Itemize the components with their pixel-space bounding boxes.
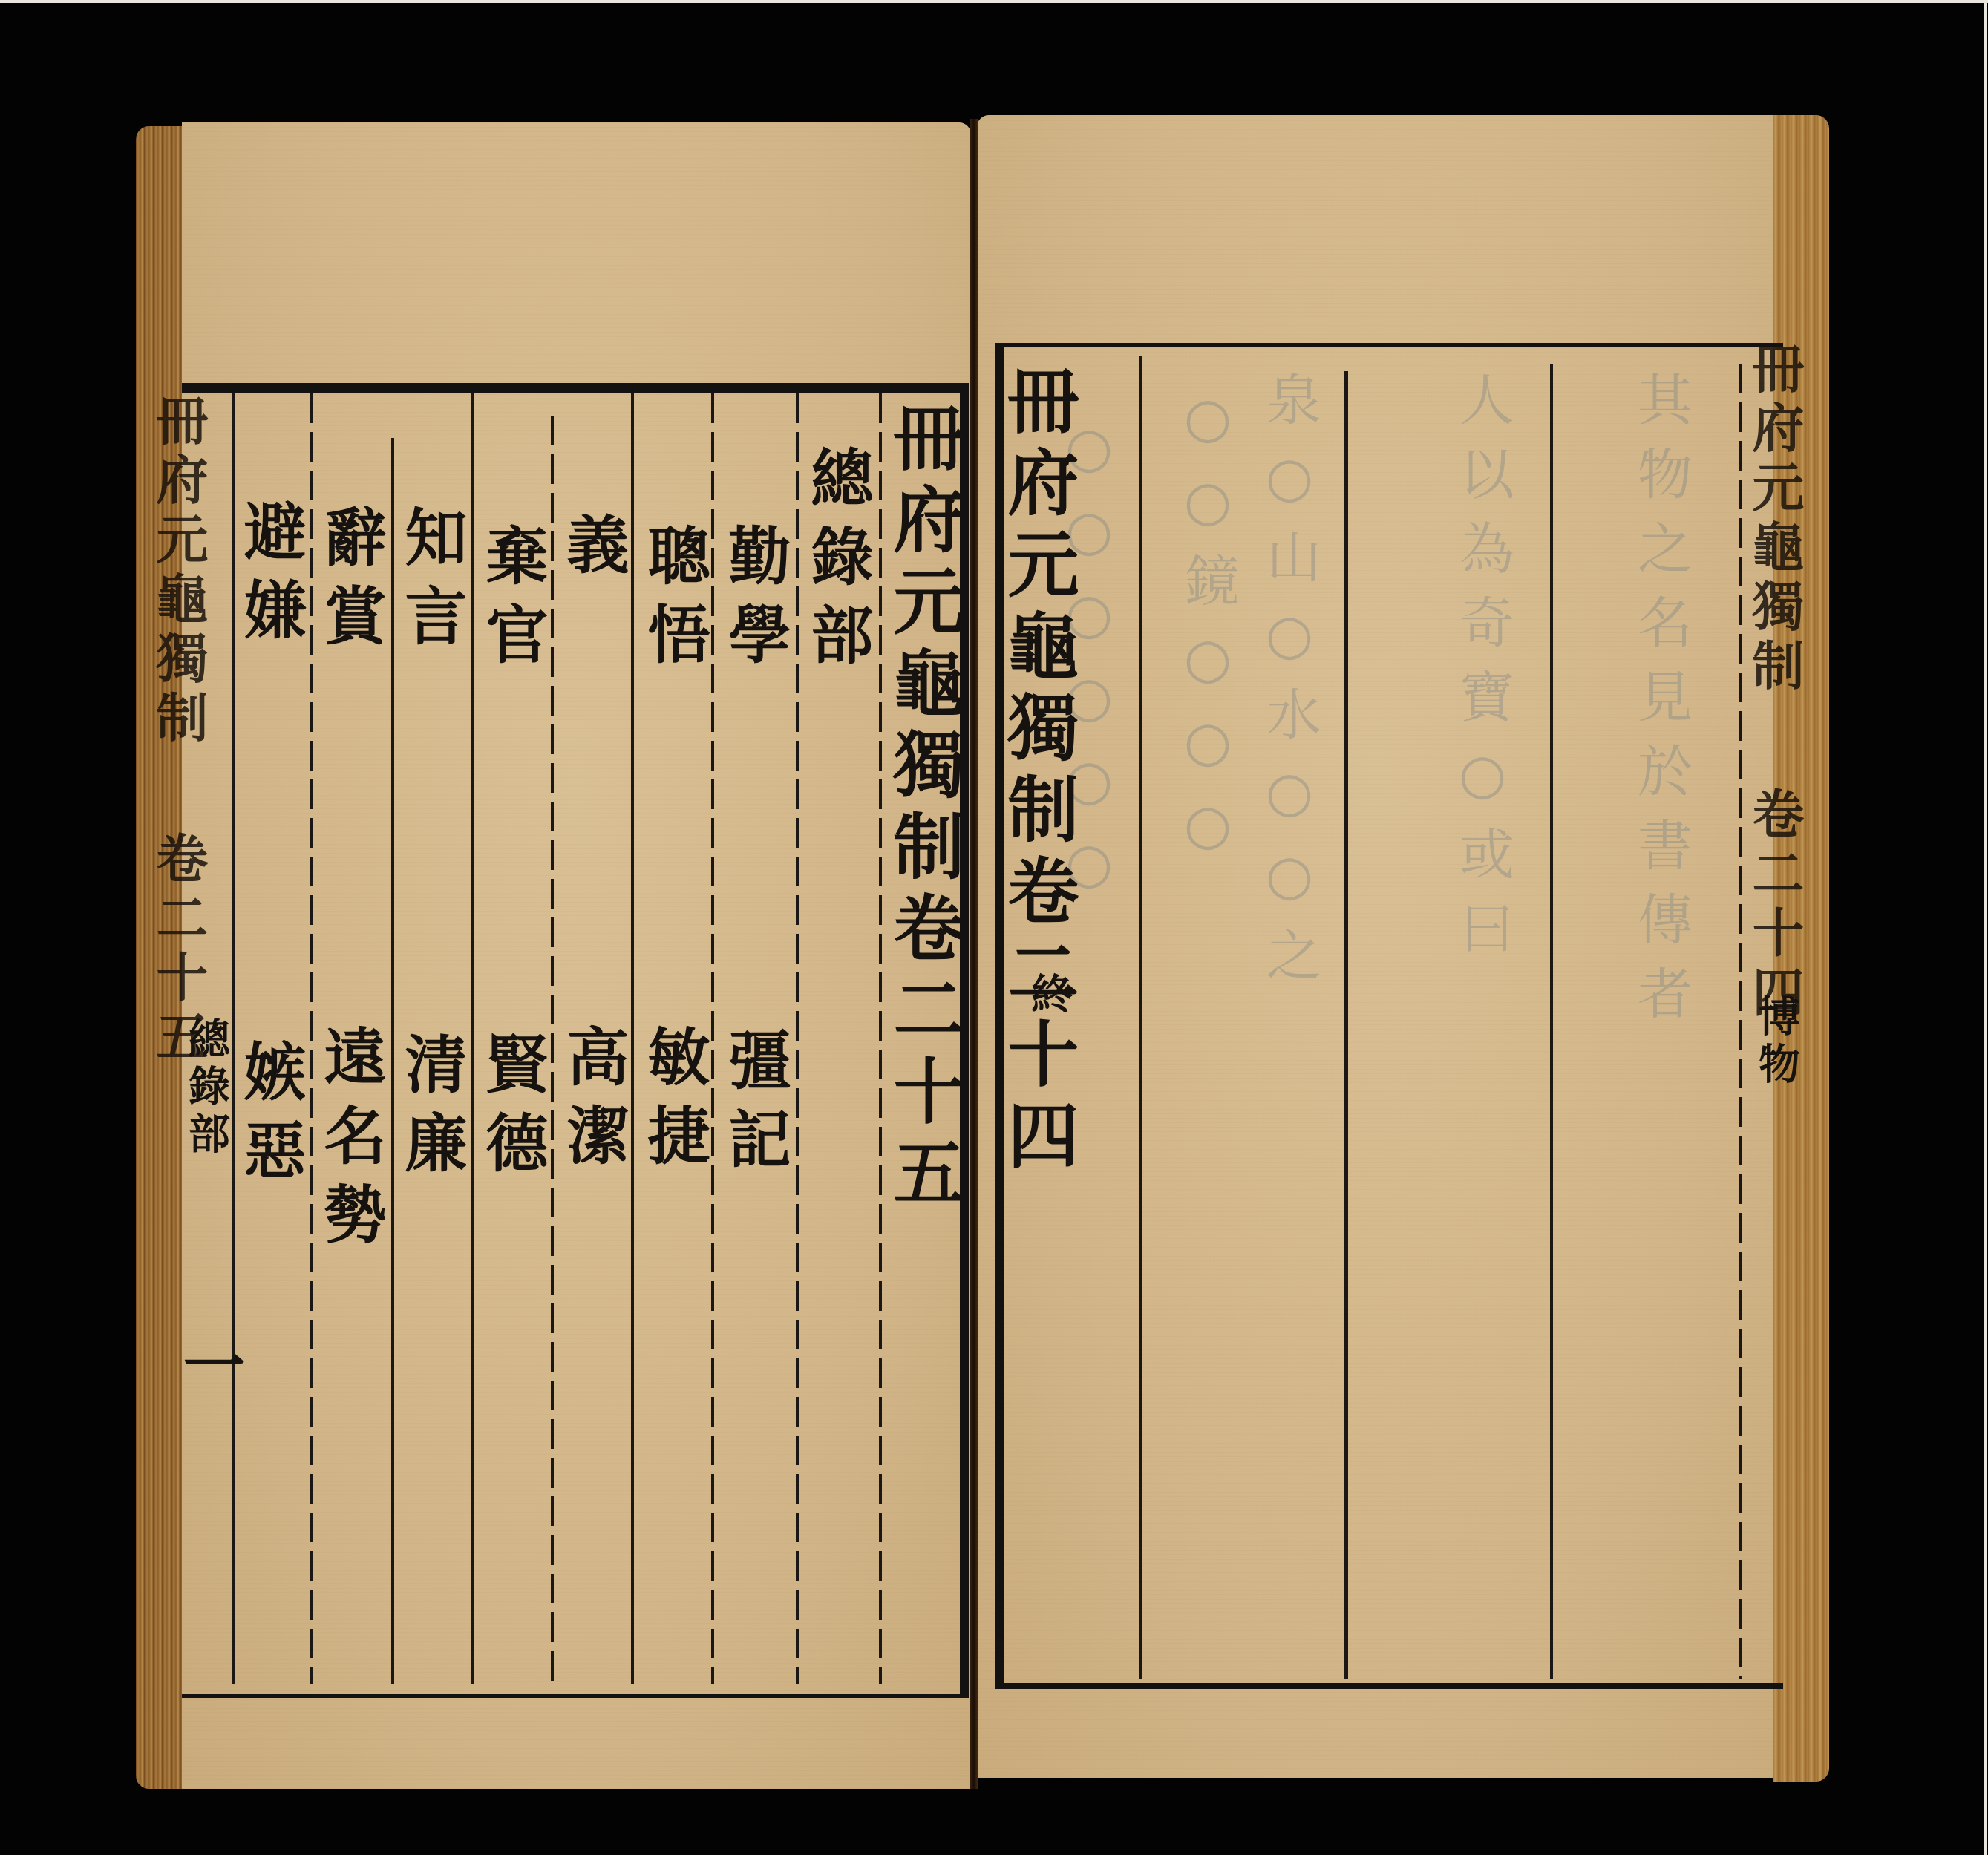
column-rule xyxy=(471,393,474,1684)
entry-bottom: 清廉 xyxy=(400,1032,462,1189)
entry-top: 勤學 xyxy=(724,523,786,681)
column-rule xyxy=(796,393,799,1684)
entry-bottom: 嫉惡 xyxy=(239,1039,301,1197)
entry-top: 義 xyxy=(562,512,624,591)
bleed-through-text: 其物之名見於書傳者 xyxy=(1633,371,1688,1039)
column-rule xyxy=(1550,364,1553,1679)
entry-top: 知言 xyxy=(400,505,462,662)
right-edge-volume: 卷二十四 xyxy=(1748,787,1800,1024)
column-rule xyxy=(551,416,554,1684)
left-margin-section: 總錄部 xyxy=(186,1017,227,1159)
section-heading: 總錄部 xyxy=(806,445,869,681)
entry-top: 辭賞 xyxy=(319,505,382,662)
entry-bottom: 遠名勢 xyxy=(319,1024,382,1260)
left-margin-title: 冊府元龜獨制 xyxy=(152,393,204,750)
scan-border-right xyxy=(1984,0,1987,1855)
book-gutter xyxy=(970,119,978,1789)
bleed-through-text: ○○鏡○○○ xyxy=(1180,386,1235,876)
column-rule xyxy=(310,393,313,1684)
page-number: 一 xyxy=(178,1332,241,1411)
entry-top: 聰悟 xyxy=(643,523,705,681)
right-title-column: 冊府元龜獨制卷二十四 xyxy=(1002,364,1073,1180)
column-rule xyxy=(391,438,394,1684)
right-edge-section: 博物 xyxy=(1756,995,1797,1090)
right-edge-title: 冊府元龜獨制 xyxy=(1748,341,1800,698)
end-mark: 終 xyxy=(1028,972,1070,1020)
scan-border-top xyxy=(0,0,1988,3)
entry-top: 避嫌 xyxy=(239,499,301,656)
entry-bottom: 高潔 xyxy=(562,1024,624,1182)
left-title-column: 冊府元龜獨制卷二十五 xyxy=(888,401,959,1217)
column-rule xyxy=(1139,356,1142,1679)
entry-top: 棄官 xyxy=(481,523,543,681)
column-rule xyxy=(711,393,714,1684)
column-rule xyxy=(1344,371,1348,1679)
column-rule xyxy=(1739,364,1742,1679)
entry-bottom: 賢德 xyxy=(481,1032,543,1189)
entry-bottom: 彊記 xyxy=(724,1028,786,1185)
bleed-through-text: 泉○山○水○○之 xyxy=(1262,371,1317,1001)
bleed-through-text: 人以為奇寶○或曰 xyxy=(1455,371,1510,974)
column-rule xyxy=(631,393,634,1684)
entry-bottom: 敏捷 xyxy=(643,1024,705,1182)
